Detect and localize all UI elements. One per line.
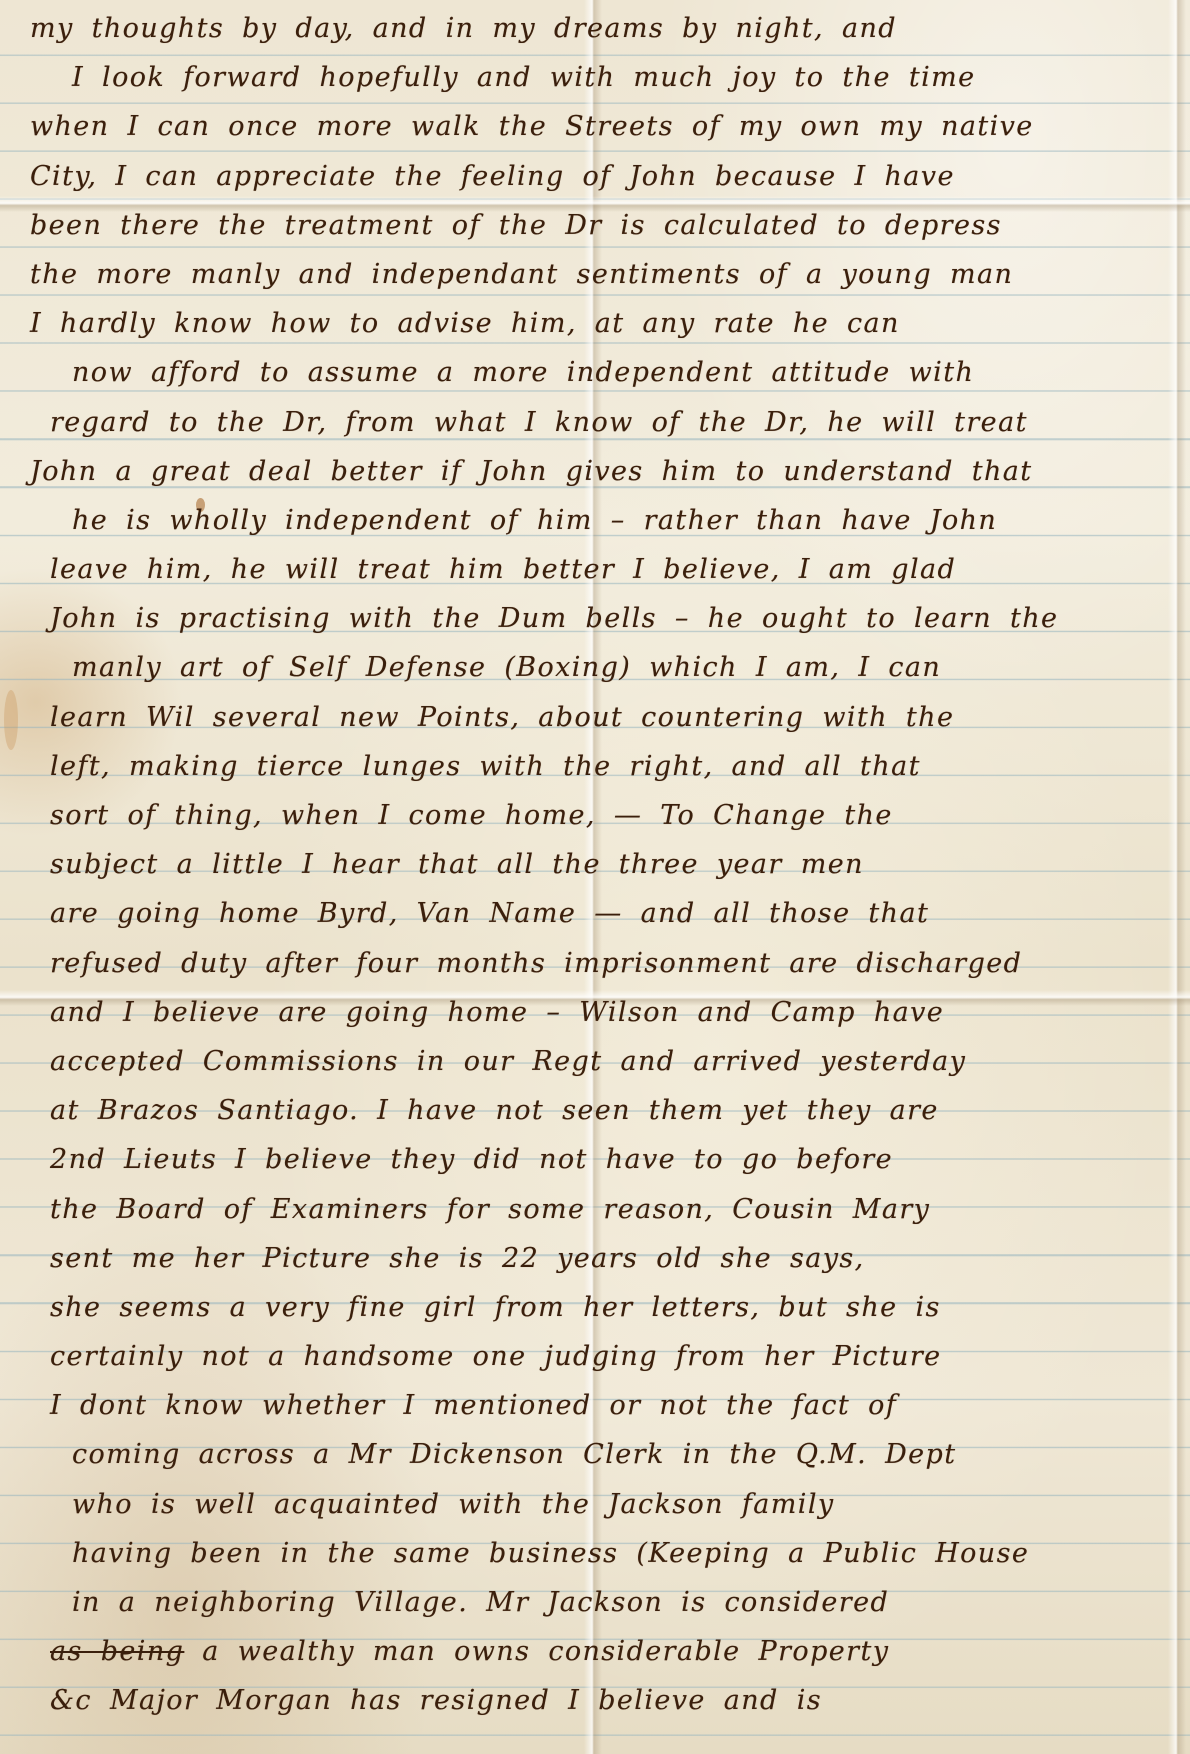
letter-line: I dont know whether I mentioned or not t… bbox=[30, 1381, 1170, 1430]
letter-line: the Board of Examiners for some reason, … bbox=[30, 1185, 1170, 1234]
letter-line: John a great deal better if John gives h… bbox=[30, 447, 1170, 496]
letter-line: leave him, he will treat him better I be… bbox=[30, 545, 1170, 594]
letter-line: she seems a very fine girl from her lett… bbox=[30, 1283, 1170, 1332]
letter-line: sent me her Picture she is 22 years old … bbox=[30, 1234, 1170, 1283]
letter-line-text: a wealthy man owns considerable Property bbox=[202, 1636, 889, 1667]
letter-page: my thoughts by day, and in my dreams by … bbox=[0, 0, 1190, 1754]
letter-line: I hardly know how to advise him, at any … bbox=[30, 299, 1170, 348]
water-stain bbox=[4, 690, 18, 750]
letter-line: regard to the Dr, from what I know of th… bbox=[30, 398, 1170, 447]
letter-line: certainly not a handsome one judging fro… bbox=[30, 1332, 1170, 1381]
letter-line: 2nd Lieuts I believe they did not have t… bbox=[30, 1135, 1170, 1184]
letter-line: &c Major Morgan has resigned I believe a… bbox=[30, 1676, 1170, 1725]
letter-line: been there the treatment of the Dr is ca… bbox=[30, 201, 1170, 250]
letter-line: he is wholly independent of him – rather… bbox=[30, 496, 1170, 545]
letter-line: John is practising with the Dum bells – … bbox=[30, 594, 1170, 643]
struck-out-words: as being bbox=[50, 1636, 184, 1667]
letter-line: sort of thing, when I come home, — To Ch… bbox=[30, 791, 1170, 840]
letter-line-with-strikethrough: as being a wealthy man owns considerable… bbox=[30, 1627, 1170, 1676]
letter-line: having been in the same business (Keepin… bbox=[30, 1529, 1170, 1578]
letter-line: when I can once more walk the Streets of… bbox=[30, 102, 1170, 151]
letter-line: refused duty after four months imprisonm… bbox=[30, 939, 1170, 988]
letter-body: my thoughts by day, and in my dreams by … bbox=[30, 4, 1170, 1726]
letter-line: at Brazos Santiago. I have not seen them… bbox=[30, 1086, 1170, 1135]
letter-line: I look forward hopefully and with much j… bbox=[30, 53, 1170, 102]
right-edge-crease bbox=[1168, 0, 1186, 1754]
letter-line: subject a little I hear that all the thr… bbox=[30, 840, 1170, 889]
letter-line: now afford to assume a more independent … bbox=[30, 348, 1170, 397]
letter-line: manly art of Self Defense (Boxing) which… bbox=[30, 643, 1170, 692]
letter-line: left, making tierce lunges with the righ… bbox=[30, 742, 1170, 791]
letter-line: in a neighboring Village. Mr Jackson is … bbox=[30, 1578, 1170, 1627]
letter-line: the more manly and independant sentiment… bbox=[30, 250, 1170, 299]
letter-line: coming across a Mr Dickenson Clerk in th… bbox=[30, 1430, 1170, 1479]
letter-line: City, I can appreciate the feeling of Jo… bbox=[30, 152, 1170, 201]
letter-line: my thoughts by day, and in my dreams by … bbox=[30, 4, 1170, 53]
letter-line: and I believe are going home – Wilson an… bbox=[30, 988, 1170, 1037]
letter-line: are going home Byrd, Van Name — and all … bbox=[30, 889, 1170, 938]
letter-line: accepted Commissions in our Regt and arr… bbox=[30, 1037, 1170, 1086]
letter-line: learn Wil several new Points, about coun… bbox=[30, 693, 1170, 742]
letter-line: who is well acquainted with the Jackson … bbox=[30, 1480, 1170, 1529]
